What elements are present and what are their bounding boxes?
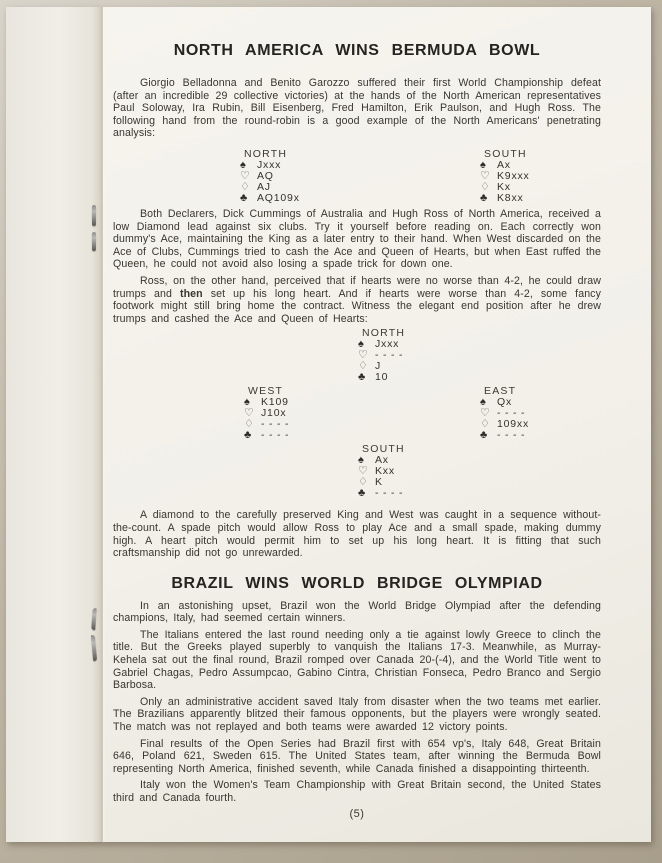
fold-line bbox=[102, 7, 103, 842]
club-icon: ♣ bbox=[480, 430, 497, 441]
article1-paragraph-2: Both Declarers, Dick Cummings of Austral… bbox=[113, 208, 601, 271]
article2-paragraph-4: Final results of the Open Series had Bra… bbox=[113, 738, 601, 776]
article1-title: NORTH AMERICA WINS BERMUDA BOWL bbox=[113, 41, 601, 61]
deal1-north-hand: NORTH ♠Jxxx ♡AQ ♢AJ ♣AQ109x bbox=[240, 148, 370, 204]
club-icon: ♣ bbox=[358, 488, 375, 499]
deal2-south-hand: SOUTH ♠Ax ♡Kxx ♢K ♣- - - - bbox=[358, 443, 488, 499]
club-holding: K8xx bbox=[497, 193, 524, 204]
bold-word: then bbox=[180, 288, 203, 300]
bridge-deal-diagram-2: NORTH ♠Jxxx ♡- - - - ♢J ♣10 WEST ♠K109 ♡… bbox=[113, 327, 601, 503]
club-icon: ♣ bbox=[240, 193, 257, 204]
staple-icon bbox=[92, 205, 98, 251]
bridge-deal-diagram-1: NORTH ♠Jxxx ♡AQ ♢AJ ♣AQ109x SOUTH ♠Ax ♡K… bbox=[113, 148, 601, 204]
page-fold-gutter bbox=[6, 7, 102, 842]
deal2-north-hand: NORTH ♠Jxxx ♡- - - - ♢J ♣10 bbox=[358, 327, 488, 383]
article2-paragraph-5: Italy won the Women's Team Championship … bbox=[113, 779, 601, 804]
club-holding: 10 bbox=[375, 372, 388, 383]
deal1-south-hand: SOUTH ♠Ax ♡K9xxx ♢Kx ♣K8xx bbox=[480, 148, 610, 204]
club-holding: - - - - bbox=[497, 430, 525, 441]
club-holding: - - - - bbox=[261, 430, 289, 441]
club-icon: ♣ bbox=[480, 193, 497, 204]
club-icon: ♣ bbox=[244, 430, 261, 441]
deal2-west-hand: WEST ♠K109 ♡J10x ♢- - - - ♣- - - - bbox=[244, 385, 374, 441]
page-number: (5) bbox=[113, 808, 601, 820]
article2-title: BRAZIL WINS WORLD BRIDGE OLYMPIAD bbox=[113, 574, 601, 594]
article1-paragraph-4: A diamond to the carefully preserved Kin… bbox=[113, 509, 601, 559]
article1-paragraph-3: Ross, on the other hand, perceived that … bbox=[113, 275, 601, 325]
document-page: NORTH AMERICA WINS BERMUDA BOWL Giorgio … bbox=[6, 7, 651, 842]
club-icon: ♣ bbox=[358, 372, 375, 383]
article2-paragraph-3: Only an administrative accident saved It… bbox=[113, 696, 601, 734]
article2-paragraph-2: The Italians entered the last round need… bbox=[113, 629, 601, 692]
article2-paragraph-1: In an astonishing upset, Brazil won the … bbox=[113, 600, 601, 625]
article1-paragraph-1: Giorgio Belladonna and Benito Garozzo su… bbox=[113, 77, 601, 140]
club-holding: - - - - bbox=[375, 488, 403, 499]
page-content: NORTH AMERICA WINS BERMUDA BOWL Giorgio … bbox=[113, 7, 601, 820]
deal2-east-hand: EAST ♠Qx ♡- - - - ♢109xx ♣- - - - bbox=[480, 385, 610, 441]
club-holding: AQ109x bbox=[257, 193, 300, 204]
staple-icon bbox=[92, 608, 98, 661]
